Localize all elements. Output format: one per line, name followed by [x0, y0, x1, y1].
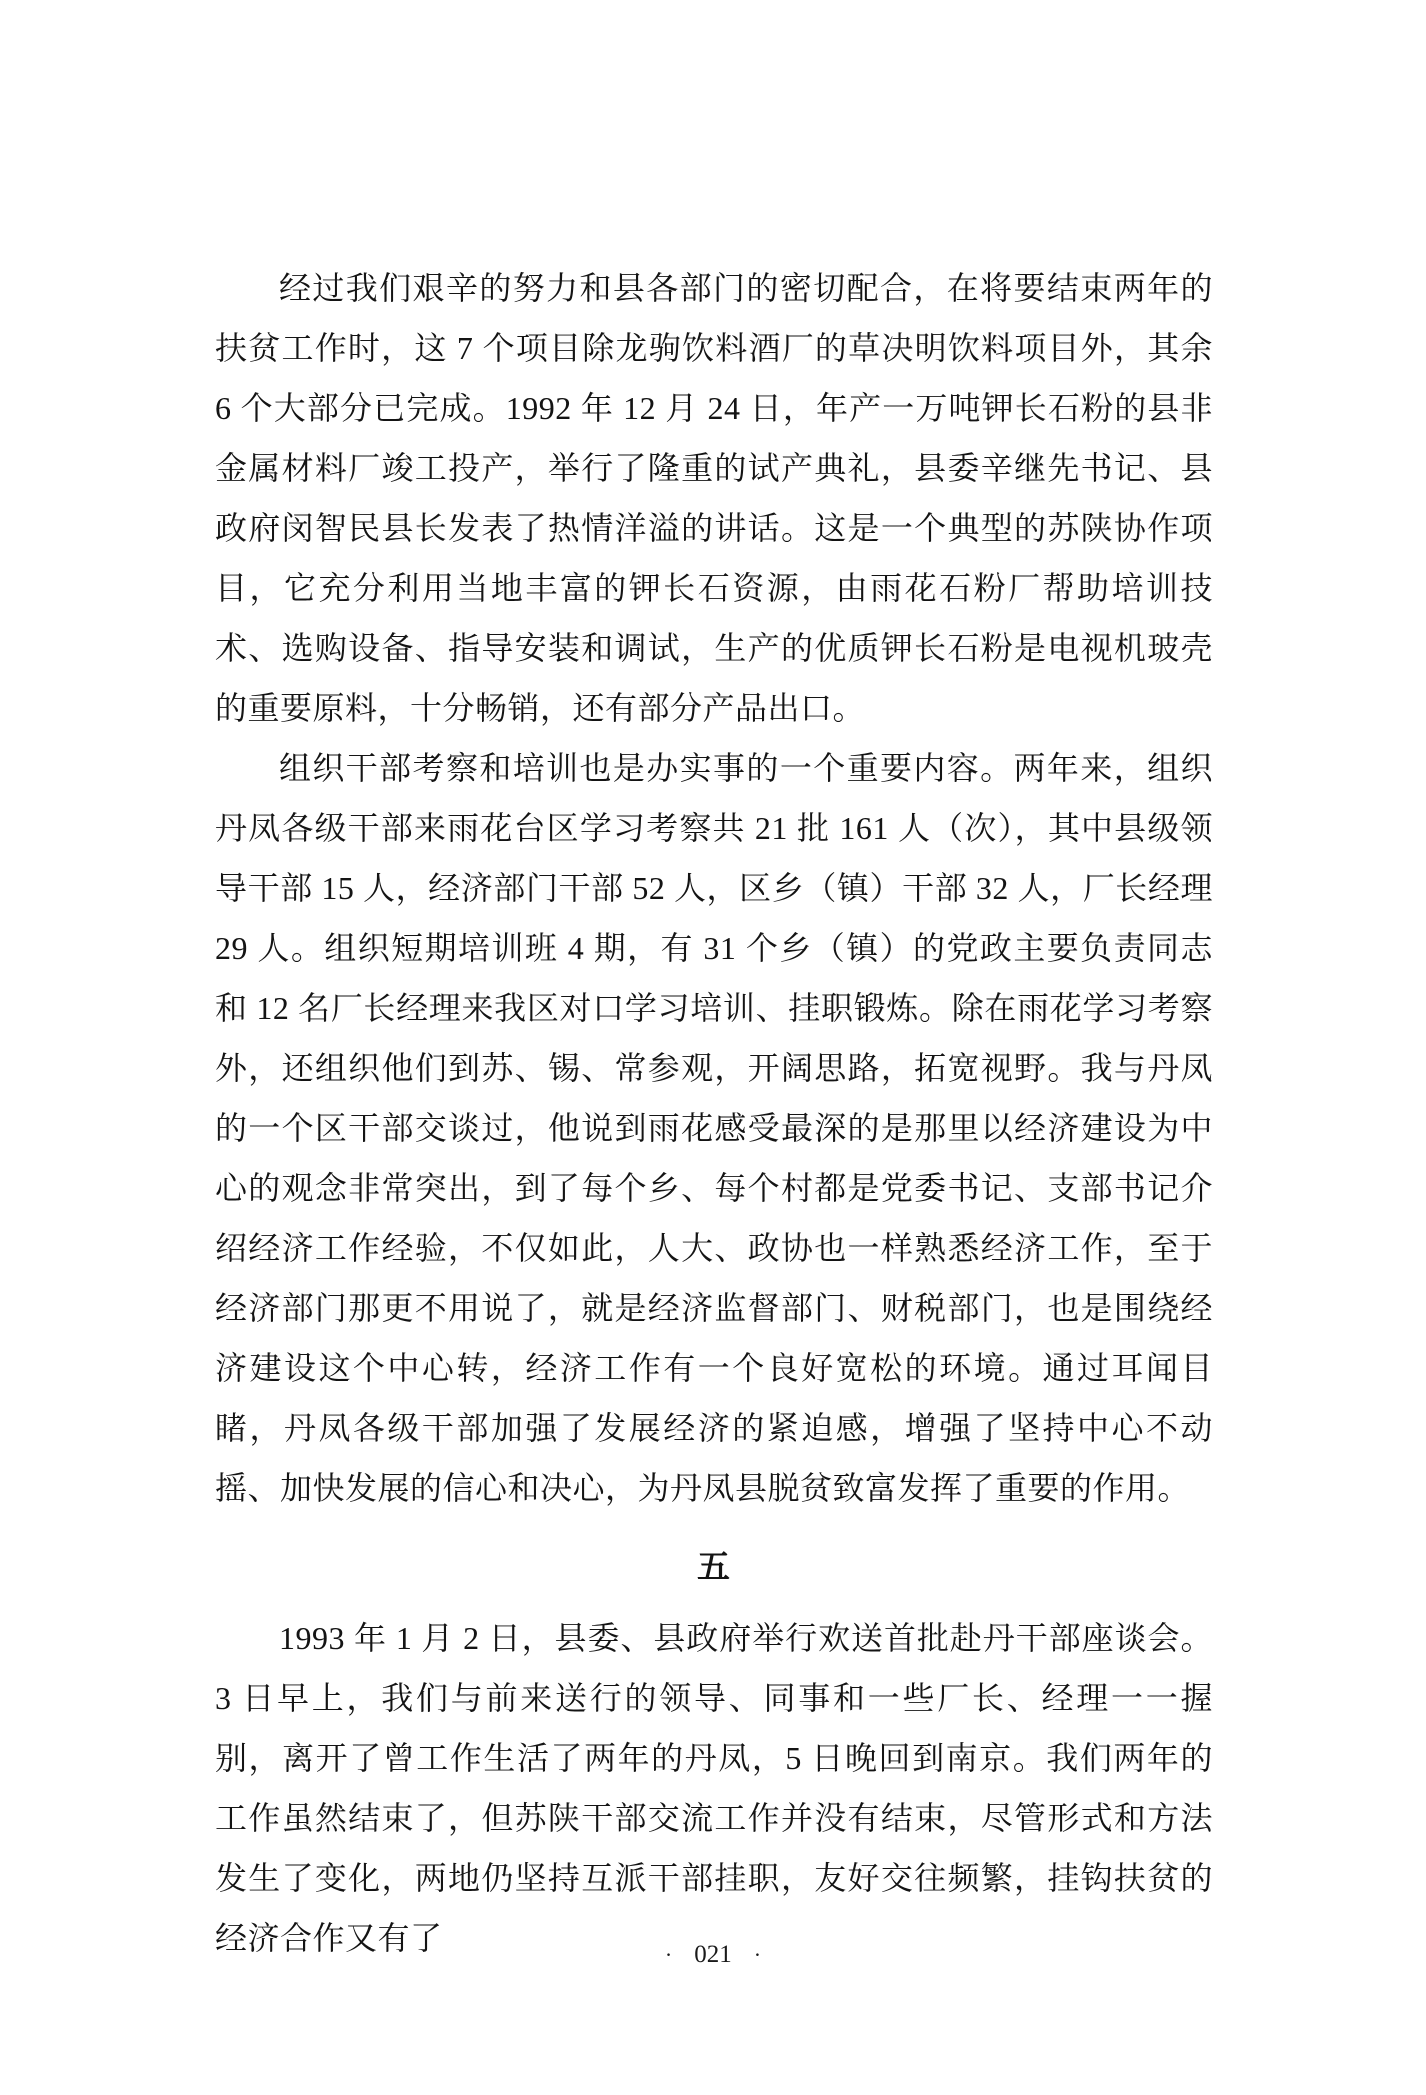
footer-left-dot: ·	[665, 1938, 672, 1972]
paragraph-1: 经过我们艰辛的努力和县各部门的密切配合，在将要结束两年的扶贫工作时，这 7 个项…	[215, 258, 1213, 738]
paragraph-3: 1993 年 1 月 2 日，县委、县政府举行欢送首批赴丹干部座谈会。3 日早上…	[215, 1608, 1213, 1968]
page-footer: · 021 ·	[0, 1938, 1426, 1972]
page-body: 经过我们艰辛的努力和县各部门的密切配合，在将要结束两年的扶贫工作时，这 7 个项…	[215, 258, 1213, 1968]
paragraph-2: 组织干部考察和培训也是办实事的一个重要内容。两年来，组织丹凤各级干部来雨花台区学…	[215, 738, 1213, 1518]
footer-right-dot: ·	[754, 1938, 761, 1972]
section-heading: 五	[215, 1538, 1213, 1598]
page-number: 021	[694, 1938, 732, 1972]
book-page: 经过我们艰辛的努力和县各部门的密切配合，在将要结束两年的扶贫工作时，这 7 个项…	[0, 0, 1426, 2095]
